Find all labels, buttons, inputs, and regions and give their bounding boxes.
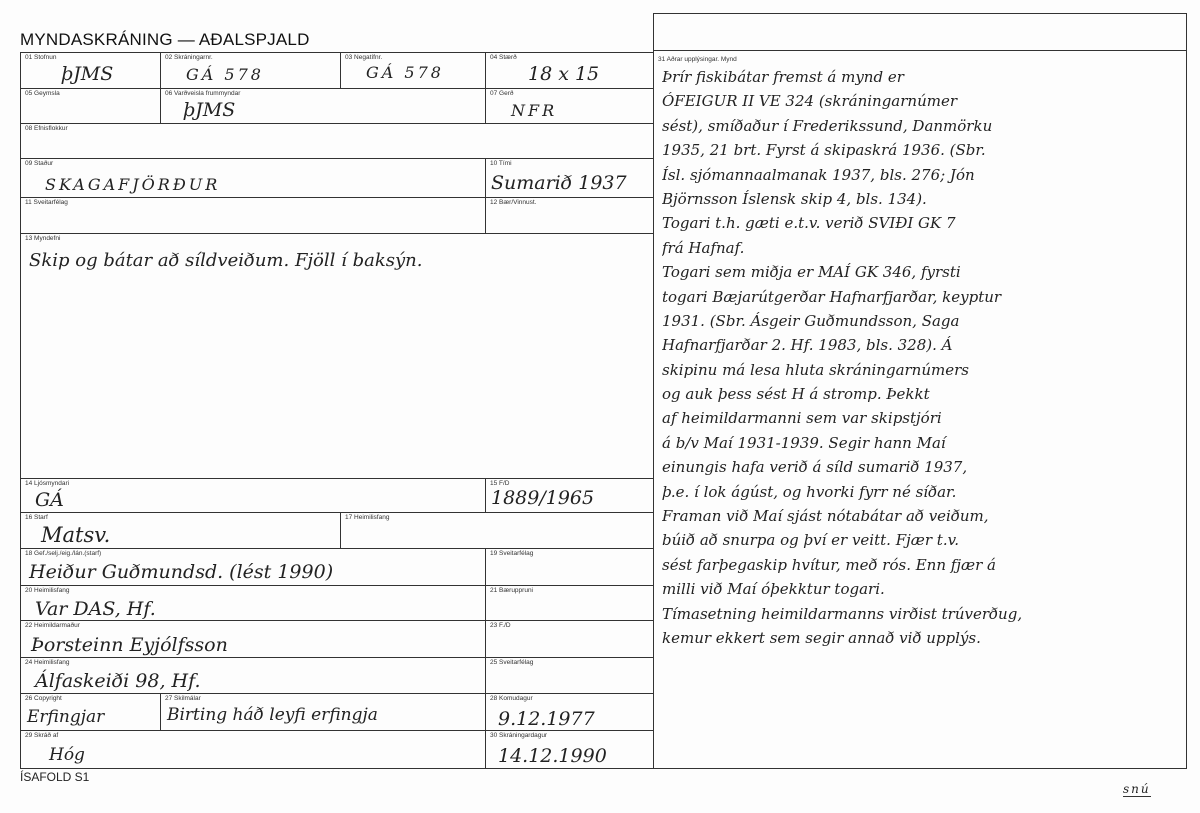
right-panel-header-box xyxy=(653,13,1187,51)
field-label: 26 Copyright xyxy=(25,695,62,702)
field-label: 01 Stofnun xyxy=(25,54,56,61)
field-label: 19 Sveitarfélag xyxy=(490,550,533,557)
notes-line: búið að snurpa og því er veitt. Fjær t.v… xyxy=(662,528,1178,552)
notes-line: Ísl. sjómannaalmanak 1937, bls. 276; Jón xyxy=(662,163,1178,187)
form-title: MYNDASKRÁNING — AÐALSPJALD xyxy=(20,30,310,50)
notes-line: togari Bæjarútgerðar Hafnarfjarðar, keyp… xyxy=(662,285,1178,309)
field-31-adrar-upplysingar[interactable]: 31 Aðrar upplýsingar. Mynd Þrír fiskibát… xyxy=(653,50,1187,769)
field-value: þJMS xyxy=(183,99,235,121)
field-value: 9.12.1977 xyxy=(498,708,595,730)
field-25-sveitarfelag[interactable]: 25 Sveitarfélag xyxy=(485,657,654,694)
notes-line: sést), smíðaður í Frederikssund, Danmörk… xyxy=(662,114,1178,138)
field-label: 15 F/D xyxy=(490,480,510,487)
notes-line: á b/v Maí 1931-1939. Segir hann Maí xyxy=(662,431,1178,455)
notes-line: sést farþegaskip hvítur, með rós. Enn fj… xyxy=(662,553,1178,577)
field-label: 05 Geymsla xyxy=(25,90,60,97)
notes-line: Tímasetning heimildarmanns virðist trúve… xyxy=(662,602,1178,626)
field-value: GÁ 578 xyxy=(186,65,264,84)
field-value: Matsv. xyxy=(41,523,110,547)
field-09-stadur[interactable]: 09 Staður SKAGAFJÖRÐUR xyxy=(20,158,486,198)
field-29-skrad-af[interactable]: 29 Skráð af Hóg xyxy=(20,730,486,769)
field-value: Hóg xyxy=(49,745,85,765)
field-label: 31 Aðrar upplýsingar. Mynd xyxy=(658,56,737,63)
field-value: 18 x 15 xyxy=(528,63,599,85)
field-value: 1889/1965 xyxy=(491,487,594,509)
notes-line: milli við Maí óþekktur togari. xyxy=(662,577,1178,601)
field-label: 06 Varðveisla frummyndar xyxy=(165,90,240,97)
field-26-copyright[interactable]: 26 Copyright Erfingjar xyxy=(20,693,161,731)
field-label: 23 F./D xyxy=(490,622,511,629)
field-label: 12 Bær/Vinnust. xyxy=(490,199,537,206)
notes-line: ÓFEIGUR II VE 324 (skráningarnúmer xyxy=(662,89,1178,113)
field-value: GÁ xyxy=(35,489,64,511)
notes-line: kemur ekkert sem segir annað við upplýs. xyxy=(662,626,1178,650)
notes-line: Þrír fiskibátar fremst á mynd er xyxy=(662,65,1178,89)
field-07-gerd[interactable]: 07 Gerð NFR xyxy=(485,88,654,124)
field-label: 22 Heimildarmaður xyxy=(25,622,80,629)
notes-text: Þrír fiskibátar fremst á mynd erÓFEIGUR … xyxy=(662,65,1178,650)
field-01-stofnun[interactable]: 01 Stofnun þJMS xyxy=(20,52,161,89)
field-label: 28 Komudagur xyxy=(490,695,533,702)
field-label: 13 Myndefni xyxy=(25,235,60,242)
field-11-sveitarfelag[interactable]: 11 Sveitarfélag xyxy=(20,197,486,234)
field-label: 07 Gerð xyxy=(490,90,514,97)
field-03-negativnumer[interactable]: 03 Negatífnr. GÁ 578 xyxy=(340,52,486,89)
field-value: Skip og bátar að síldveiðum. Fjöll í bak… xyxy=(29,250,422,271)
field-value: GÁ 578 xyxy=(366,63,444,82)
field-14-ljosmyndari[interactable]: 14 Ljósmyndari GÁ xyxy=(20,478,486,513)
turn-over-note: snú xyxy=(1123,782,1151,797)
field-label: 24 Heimilisfang xyxy=(25,659,69,666)
notes-line: Framan við Maí sjást nótabátar að veiðum… xyxy=(662,504,1178,528)
field-28-komudagur[interactable]: 28 Komudagur 9.12.1977 xyxy=(485,693,654,731)
field-value: 14.12.1990 xyxy=(498,745,607,767)
field-label: 10 Tími xyxy=(490,160,512,167)
notes-line: einungis hafa verið á síld sumarið 1937, xyxy=(662,455,1178,479)
field-18-gefandi[interactable]: 18 Gef./selj./eig./lán.(starf) Heiður Gu… xyxy=(20,548,486,586)
field-value: Sumarið 1937 xyxy=(491,172,627,194)
field-12-baer-vinnustadur[interactable]: 12 Bær/Vinnust. xyxy=(485,197,654,234)
field-value: Álfaskeiði 98, Hf. xyxy=(35,670,201,692)
field-label: 27 Skilmálar xyxy=(165,695,201,702)
field-27-skilmalar[interactable]: 27 Skilmálar Birting háð leyfi erfingja xyxy=(160,693,486,731)
field-23-fd[interactable]: 23 F./D xyxy=(485,620,654,658)
field-04-staerd[interactable]: 04 Stærð 18 x 15 xyxy=(485,52,654,89)
field-label: 20 Heimilisfang xyxy=(25,587,69,594)
field-22-heimildarmadur[interactable]: 22 Heimildarmaður Þorsteinn Eyjólfsson xyxy=(20,620,486,658)
field-label: 02 Skráningarnr. xyxy=(165,54,213,61)
notes-line: þ.e. í lok ágúst, og hvorki fyrr né síða… xyxy=(662,480,1178,504)
notes-line: Togari sem miðja er MAÍ GK 346, fyrsti xyxy=(662,260,1178,284)
field-label: 11 Sveitarfélag xyxy=(25,199,68,206)
field-label: 09 Staður xyxy=(25,160,53,167)
field-value: Birting háð leyfi erfingja xyxy=(167,705,378,725)
field-label: 18 Gef./selj./eig./lán.(starf) xyxy=(25,550,101,557)
notes-line: Hafnarfjarðar 2. Hf. 1983, bls. 328). Á xyxy=(662,333,1178,357)
field-label: 16 Starf xyxy=(25,514,48,521)
field-value: Heiður Guðmundsd. (lést 1990) xyxy=(29,561,333,583)
notes-line: skipinu má lesa hluta skráningarnúmers xyxy=(662,358,1178,382)
field-06-vardveisla-frummyndar[interactable]: 06 Varðveisla frummyndar þJMS xyxy=(160,88,486,124)
field-value: Erfingjar xyxy=(27,707,104,727)
field-17-heimilisfang[interactable]: 17 Heimilisfang xyxy=(340,512,654,549)
field-15-fd[interactable]: 15 F/D 1889/1965 xyxy=(485,478,654,513)
field-label: 21 Bæruppruni xyxy=(490,587,533,594)
field-label: 25 Sveitarfélag xyxy=(490,659,533,666)
field-value: Var DAS, Hf. xyxy=(35,598,156,620)
field-label: 14 Ljósmyndari xyxy=(25,480,69,487)
field-08-efnisflokkur[interactable]: 08 Efnisflokkur xyxy=(20,123,654,159)
field-value: þJMS xyxy=(61,63,113,85)
field-label: 17 Heimilisfang xyxy=(345,514,389,521)
field-10-timi[interactable]: 10 Tími Sumarið 1937 xyxy=(485,158,654,198)
field-value: Þorsteinn Eyjólfsson xyxy=(31,634,228,656)
field-label: 04 Stærð xyxy=(490,54,517,61)
field-13-myndefni[interactable]: 13 Myndefni Skip og bátar að síldveiðum.… xyxy=(20,233,654,479)
field-value: NFR xyxy=(511,101,557,120)
field-05-geymsla[interactable]: 05 Geymsla xyxy=(20,88,161,124)
notes-line: af heimildarmanni sem var skipstjóri xyxy=(662,406,1178,430)
field-24-heimilisfang[interactable]: 24 Heimilisfang Álfaskeiði 98, Hf. xyxy=(20,657,486,694)
notes-line: Björnsson Íslensk skip 4, bls. 134). xyxy=(662,187,1178,211)
field-value: SKAGAFJÖRÐUR xyxy=(45,175,220,194)
field-label: 30 Skráningardagur xyxy=(490,732,547,739)
field-02-skraningarnumer[interactable]: 02 Skráningarnr. GÁ 578 xyxy=(160,52,341,89)
field-20-heimilisfang[interactable]: 20 Heimilisfang Var DAS, Hf. xyxy=(20,585,486,621)
notes-line: 1935, 21 brt. Fyrst á skipaskrá 1936. (S… xyxy=(662,138,1178,162)
notes-line: frá Hafnaf. xyxy=(662,236,1178,260)
field-19-sveitarfelag[interactable]: 19 Sveitarfélag xyxy=(485,548,654,586)
field-label: 03 Negatífnr. xyxy=(345,54,382,61)
field-label: 29 Skráð af xyxy=(25,732,58,739)
field-21-baeruppruni[interactable]: 21 Bæruppruni xyxy=(485,585,654,621)
notes-line: 1931. (Sbr. Ásgeir Guðmundsson, Saga xyxy=(662,309,1178,333)
field-16-starf[interactable]: 16 Starf Matsv. xyxy=(20,512,341,549)
notes-line: og auk þess sést H á stromp. Þekkt xyxy=(662,382,1178,406)
field-label: 08 Efnisflokkur xyxy=(25,125,68,132)
form-footer-printer: ÍSAFOLD S1 xyxy=(20,770,89,784)
field-30-skraningardagur[interactable]: 30 Skráningardagur 14.12.1990 xyxy=(485,730,654,769)
notes-line: Togari t.h. gæti e.t.v. verið SVIÐI GK 7 xyxy=(662,211,1178,235)
